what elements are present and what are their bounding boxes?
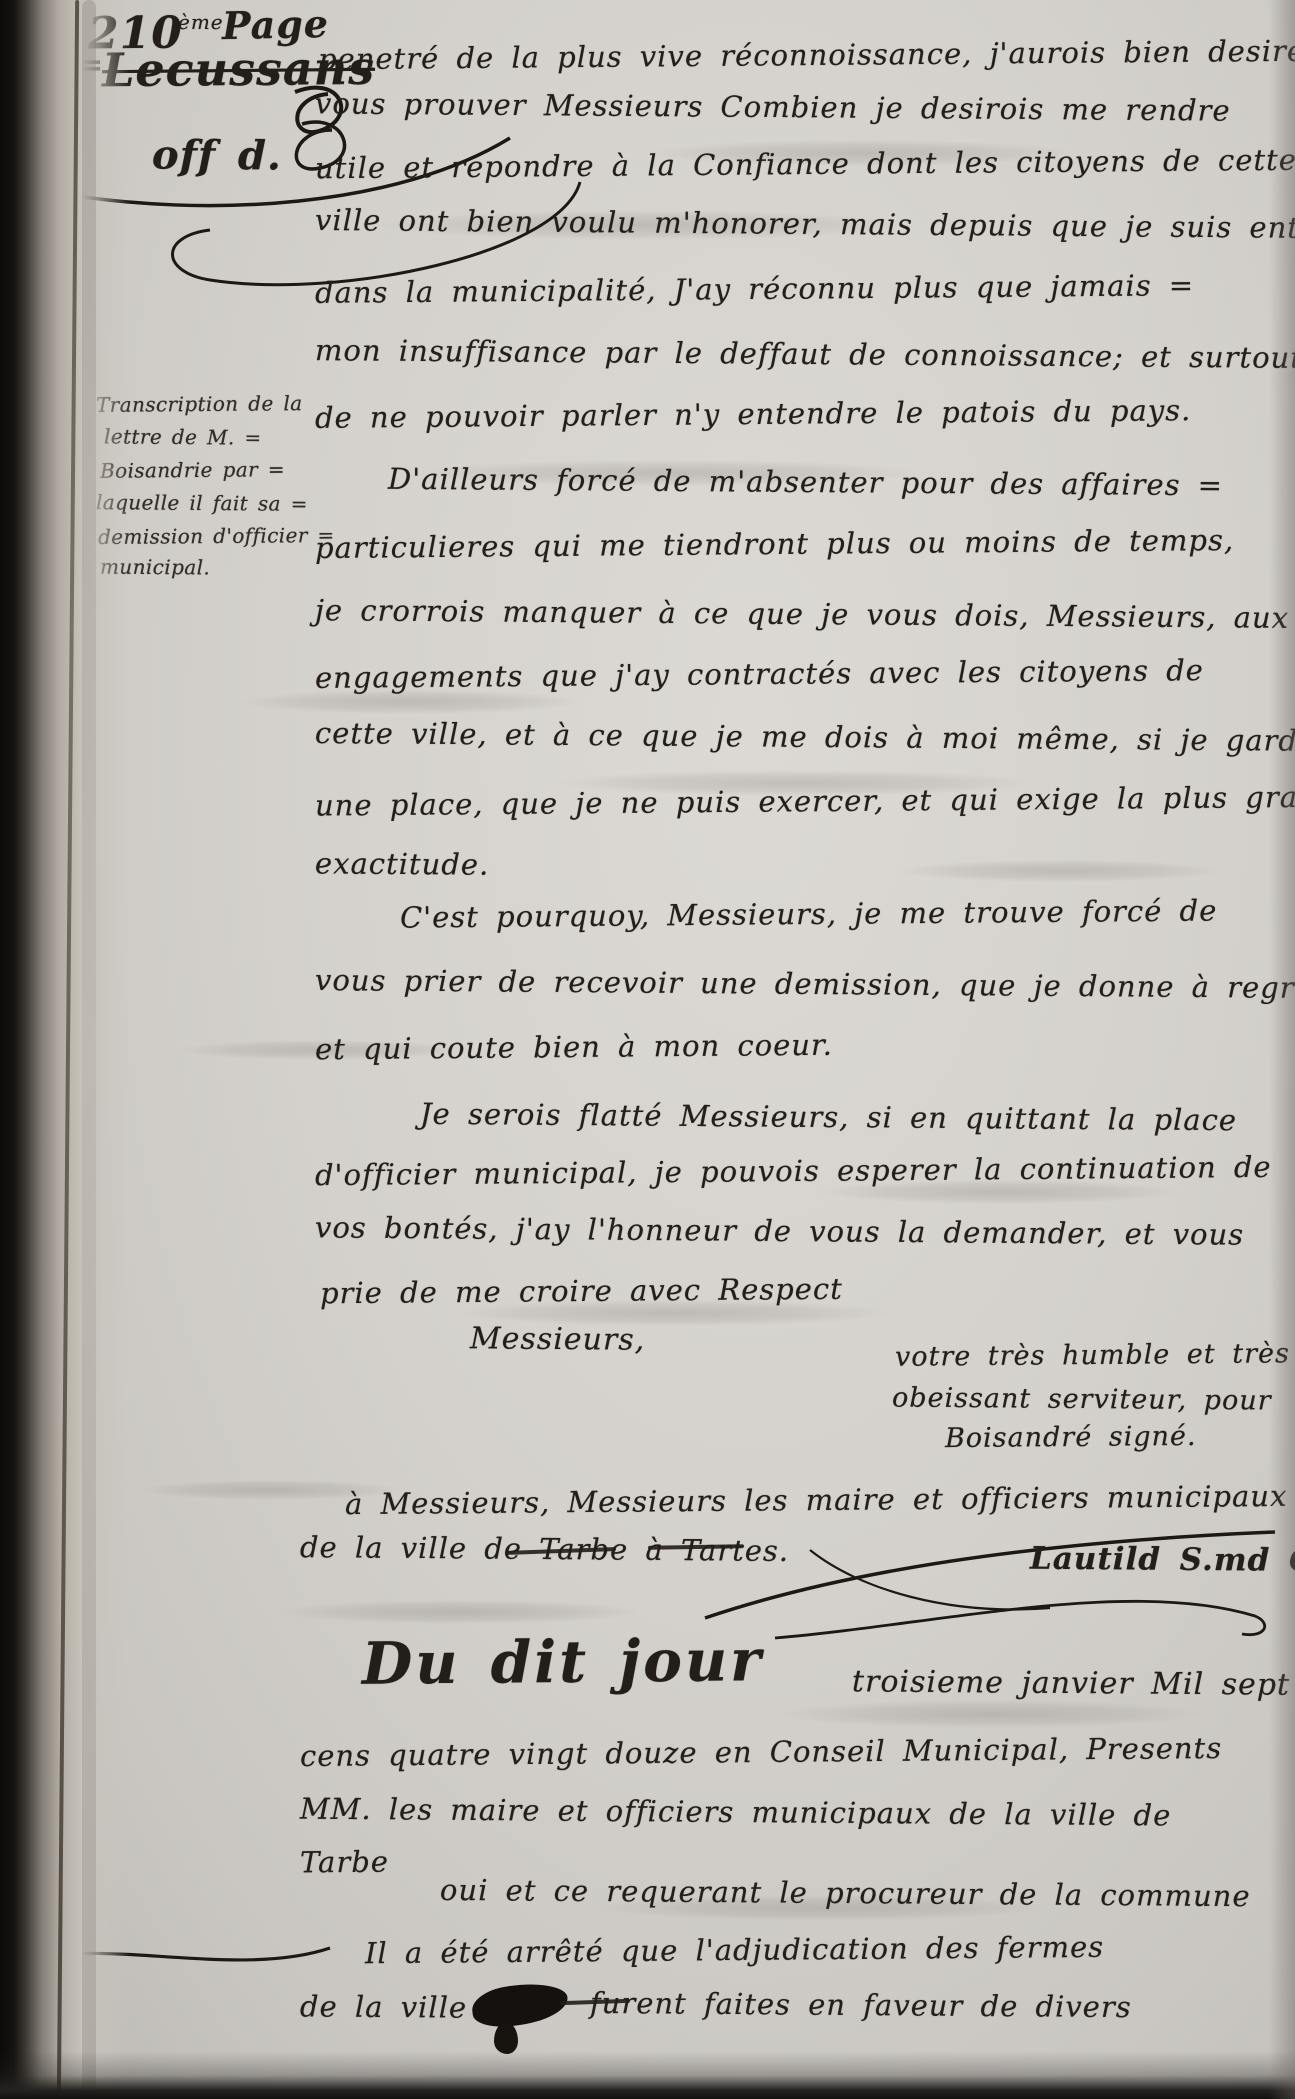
closing-line: Boisandré signé. xyxy=(945,1421,1197,1454)
manuscript-page: 2 = 210 ème Page = Lecussans off d. Tran… xyxy=(0,0,1295,2099)
session-line: MM. les maire et officiers municipaux de… xyxy=(300,1792,1172,1833)
address-line: à Messieurs, Messieurs les maire et offi… xyxy=(345,1479,1288,1521)
bleedthrough-smudge xyxy=(280,1600,640,1624)
letter-line: vous prouver Messieurs Combien je desiro… xyxy=(315,86,1231,127)
letter-line: C'est pourquoy, Messieurs, je me trouve … xyxy=(400,893,1218,934)
session-opening-rest: troisieme janvier Mil sept xyxy=(852,1664,1290,1702)
letter-line: exactitude. xyxy=(315,846,490,881)
letter-line: engagements que j'ay contractés avec les… xyxy=(315,653,1204,695)
letter-line: penetré de la plus vive réconnoissance, … xyxy=(318,34,1295,77)
letter-line: de ne pouvoir parler n'y entendre le pat… xyxy=(315,393,1192,435)
bleedthrough-smudge xyxy=(780,1700,1200,1728)
session-line: furent faites en faveur de divers xyxy=(590,1986,1132,2024)
letter-line: cette ville, et à ce que je me dois à mo… xyxy=(315,716,1295,758)
session-opening-large: Du dit jour xyxy=(362,1626,764,1698)
countersignature: Lautild S.md G.M. xyxy=(1030,1541,1295,1580)
session-line: Tarbe xyxy=(300,1845,389,1880)
letter-line: et qui coute bien à mon coeur. xyxy=(315,1028,833,1067)
letter-line: dans la municipalité, J'ay réconnu plus … xyxy=(315,268,1194,310)
margin-note-line: demission d'officier = xyxy=(98,523,335,549)
bottom-edge-shadow xyxy=(0,2051,1295,2099)
letter-line: D'ailleurs forcé de m'absenter pour des … xyxy=(388,462,1223,503)
bleedthrough-smudge xyxy=(900,860,1220,882)
salutation: Messieurs, xyxy=(470,1321,645,1357)
session-line: oui et ce requerant le procureur de la c… xyxy=(440,1873,1251,1913)
letter-line: une place, que je ne puis exercer, et qu… xyxy=(315,779,1295,822)
session-line: cens quatre vingt douze en Conseil Munic… xyxy=(300,1731,1222,1773)
letter-line: utile et repondre à la Confiance dont le… xyxy=(315,143,1295,186)
closing-line: obeissant serviteur, pour xyxy=(892,1383,1272,1417)
page-number-suffix: ème xyxy=(178,10,224,34)
letter-line: vous prier de recevoir une demission, qu… xyxy=(315,963,1295,1005)
letter-line: mon insuffisance par le deffaut de conno… xyxy=(315,333,1295,375)
session-line: Il a été arrêté que l'adjudication des f… xyxy=(365,1930,1104,1970)
right-edge-shadow xyxy=(1269,0,1295,2099)
letter-line: je crorrois manquer à ce que je vous doi… xyxy=(315,593,1289,635)
closing-line: votre très humble et très xyxy=(895,1338,1290,1372)
torn-edge-streak xyxy=(82,0,96,2099)
session-line: de la ville xyxy=(300,1989,467,2024)
letter-line: Je serois flatté Messieurs, si en quitta… xyxy=(420,1097,1237,1137)
letter-line: particulieres qui me tiendront plus ou m… xyxy=(315,523,1234,565)
ink-blot-drip xyxy=(494,2022,518,2054)
ink-blot xyxy=(470,1980,570,2030)
letter-line: prie de me croire avec Respect xyxy=(320,1272,843,1311)
letter-line: vos bontés, j'ay l'honneur de vous la de… xyxy=(315,1210,1244,1251)
